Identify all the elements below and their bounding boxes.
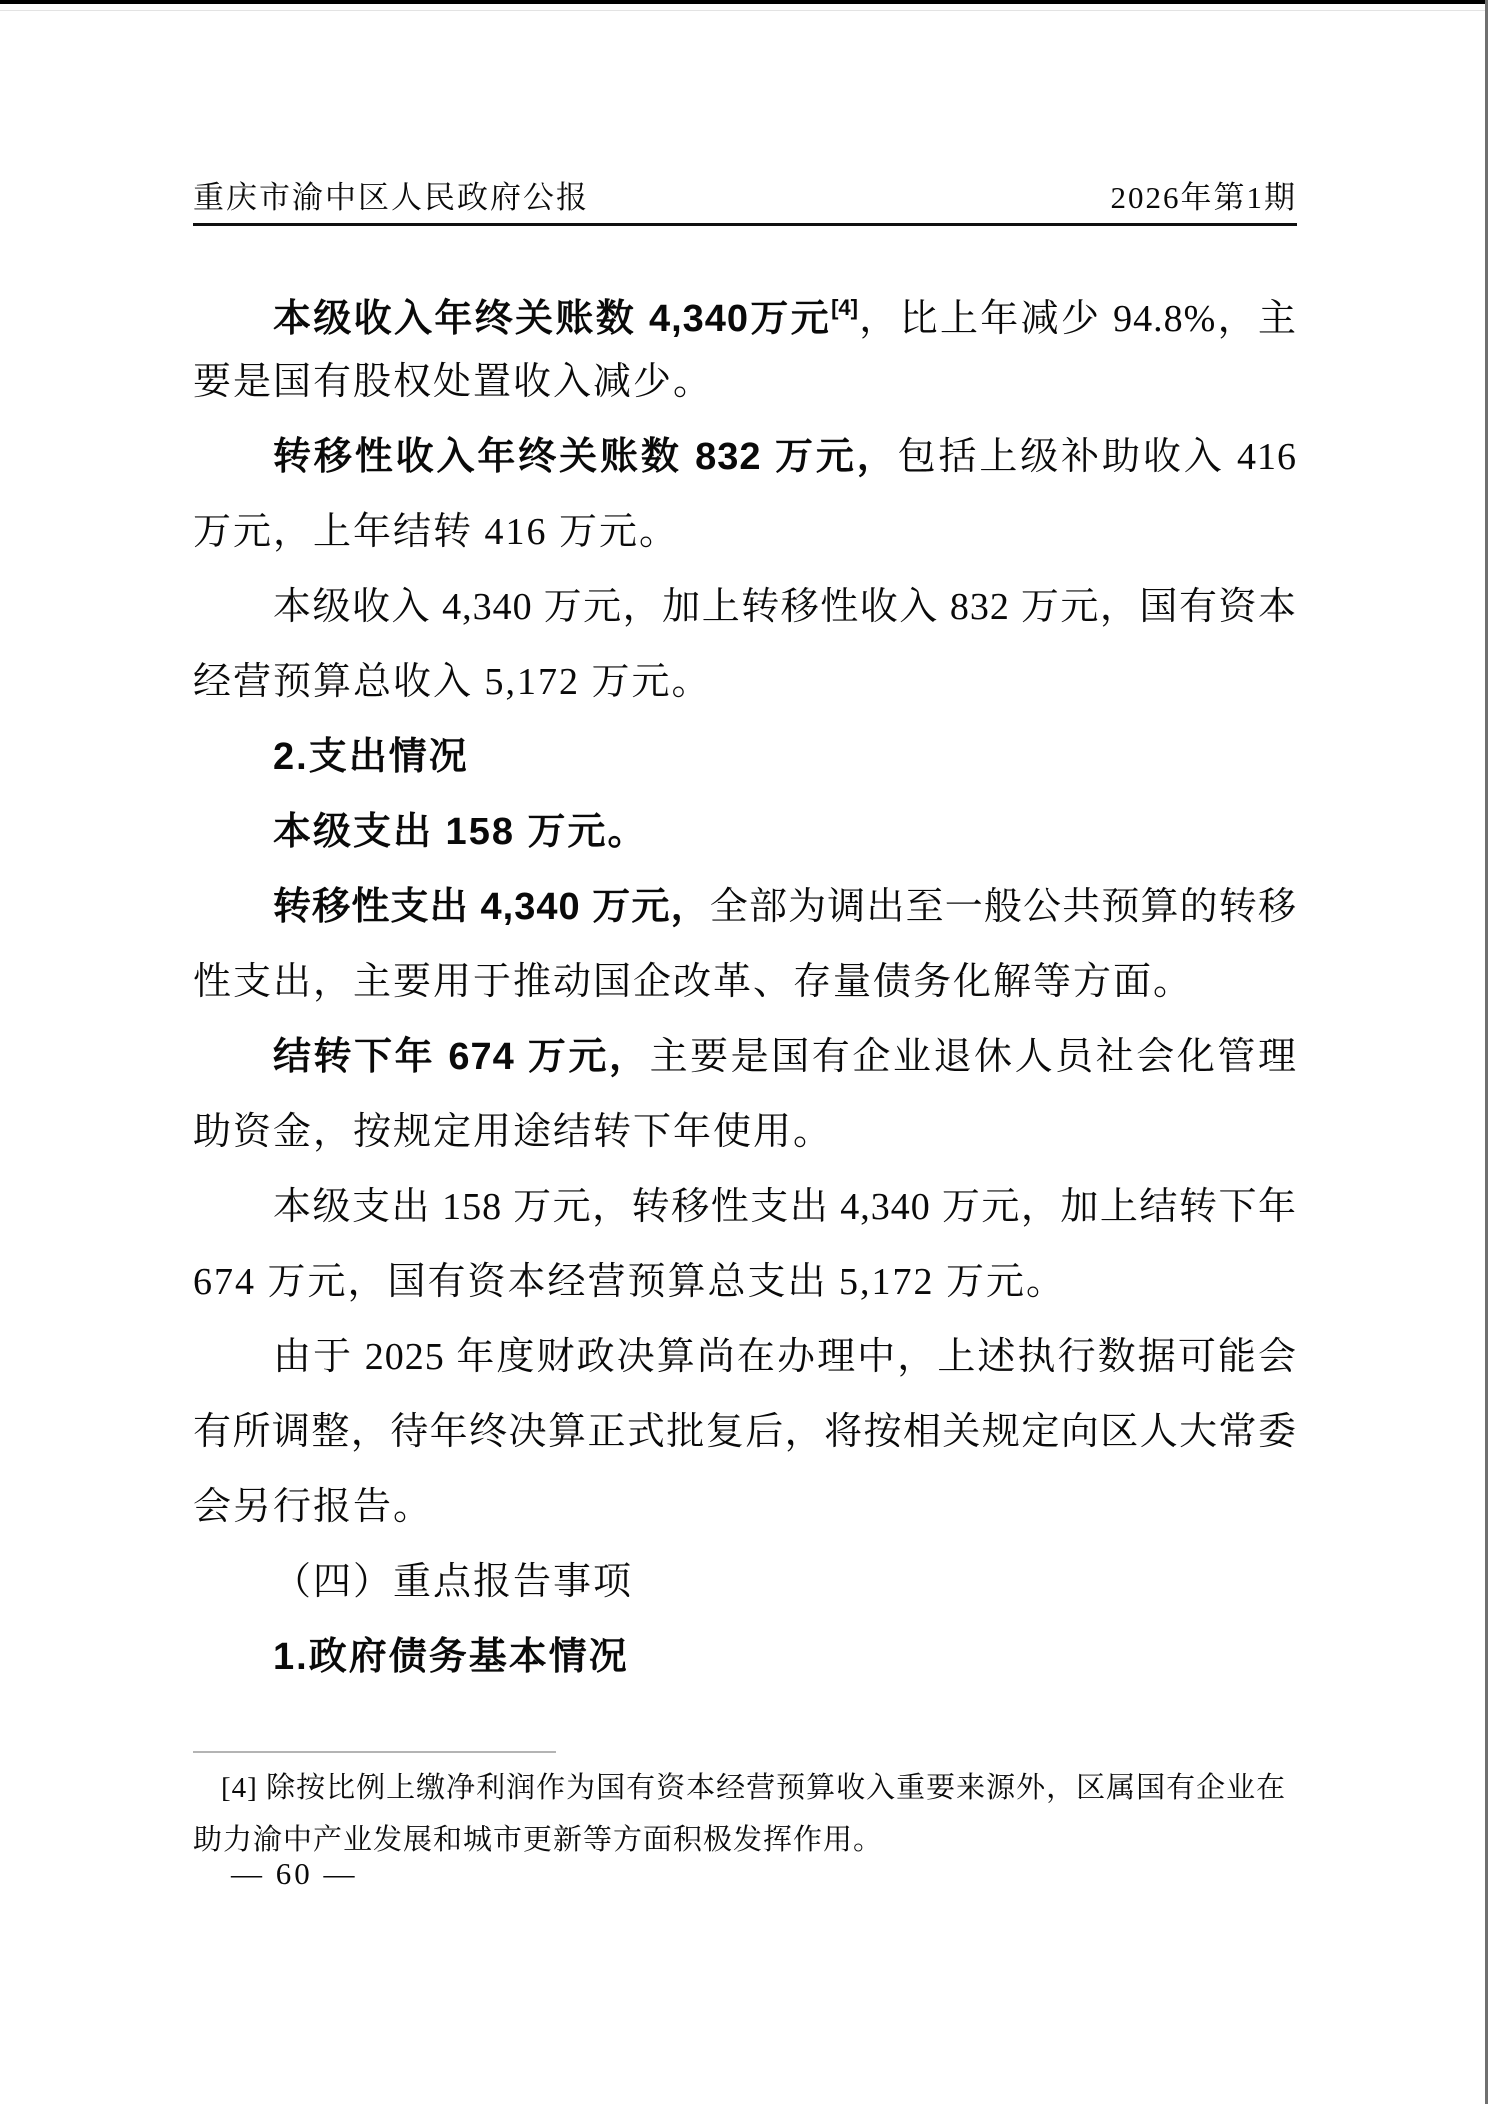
text-run: 包括上级补助收入 416: [898, 436, 1297, 478]
text-run: 万元，上年结转 416 万元。: [193, 511, 679, 553]
body-line: 转移性支出 4,340 万元，全部为调出至一般公共预算的转移: [193, 870, 1297, 945]
text-run: 本级支出 158 万元。: [273, 811, 648, 853]
footnote-line: [4] 除按比例上缴净利润作为国有资本经营预算收入重要来源外，区属国有企业在: [193, 1762, 1323, 1814]
body-line: 有所调整，待年终决算正式批复后，将按相关规定向区人大常委: [193, 1395, 1297, 1470]
text-run: 结转下年 674 万元，: [273, 1036, 650, 1078]
footnote-reference: [4]: [831, 295, 858, 320]
text-run: 会另行报告。: [193, 1486, 433, 1528]
text-run: 674 万元，国有资本经营预算总支出 5,172 万元。: [193, 1261, 1066, 1303]
body-line: 助资金，按规定用途结转下年使用。: [193, 1095, 1297, 1170]
footnote-separator: [193, 1751, 556, 1753]
text-run: 转移性支出 4,340 万元，: [273, 886, 710, 928]
gazette-page: 重庆市渝中区人民政府公报 2026年第1期 本级收入年终关账数 4,340万元[…: [0, 0, 1488, 2104]
text-run: 由于 2025 年度财政决算尚在办理中，上述执行数据可能会: [273, 1336, 1297, 1378]
body-line: 结转下年 674 万元，主要是国有企业退休人员社会化管理补: [193, 1020, 1297, 1095]
text-run: 性支出，主要用于推动国企改革、存量债务化解等方面。: [193, 961, 1193, 1003]
body-line: 本级支出 158 万元。: [193, 795, 1297, 870]
text-run: 本级支出 158 万元，转移性支出 4,340 万元，加上结转下年: [273, 1186, 1297, 1228]
footnote-line: 助力渝中产业发展和城市更新等方面积极发挥作用。: [193, 1814, 1323, 1866]
body-line: 本级支出 158 万元，转移性支出 4,340 万元，加上结转下年: [193, 1170, 1297, 1245]
body-line: 万元，上年结转 416 万元。: [193, 495, 1297, 570]
text-run: 1.政府债务基本情况: [273, 1636, 629, 1678]
text-run: 本级收入年终关账数 4,340万元: [273, 298, 831, 340]
body-line: 会另行报告。: [193, 1470, 1297, 1545]
text-run: 助资金，按规定用途结转下年使用。: [193, 1111, 833, 1153]
body-line: 本级收入年终关账数 4,340万元[4]，比上年减少 94.8%，主: [193, 270, 1297, 345]
header-publication-title: 重庆市渝中区人民政府公报: [193, 178, 589, 218]
text-run: （四）重点报告事项: [273, 1561, 633, 1603]
text-run: ，比上年减少 94.8%，主: [858, 298, 1297, 340]
body-line: 要是国有股权处置收入减少。: [193, 345, 1297, 420]
body-line: 经营预算总收入 5,172 万元。: [193, 645, 1297, 720]
body-line: 1.政府债务基本情况: [193, 1620, 1297, 1695]
body-line: 本级收入 4,340 万元，加上转移性收入 832 万元，国有资本: [193, 570, 1297, 645]
body-line: 性支出，主要用于推动国企改革、存量债务化解等方面。: [193, 945, 1297, 1020]
body-line: （四）重点报告事项: [193, 1545, 1297, 1620]
body-line: 由于 2025 年度财政决算尚在办理中，上述执行数据可能会: [193, 1320, 1297, 1395]
text-run: 有所调整，待年终决算正式批复后，将按相关规定向区人大常委: [193, 1411, 1297, 1453]
text-run: 全部为调出至一般公共预算的转移: [710, 886, 1297, 928]
document-body: 本级收入年终关账数 4,340万元[4]，比上年减少 94.8%，主要是国有股权…: [193, 270, 1297, 1695]
text-run: 转移性收入年终关账数 832 万元，: [273, 436, 898, 478]
body-line: 转移性收入年终关账数 832 万元，包括上级补助收入 416: [193, 420, 1297, 495]
footnote: [4] 除按比例上缴净利润作为国有资本经营预算收入重要来源外，区属国有企业在助力…: [193, 1762, 1323, 1866]
page-number: — 60 —: [231, 1854, 358, 1894]
page-top-faint-line: [0, 10, 1488, 11]
page-header: 重庆市渝中区人民政府公报 2026年第1期: [193, 178, 1297, 218]
page-top-edge: [0, 0, 1488, 4]
text-run: 本级收入 4,340 万元，加上转移性收入 832 万元，国有资本: [273, 586, 1297, 628]
text-run: 要是国有股权处置收入减少。: [193, 361, 713, 403]
text-run: 经营预算总收入 5,172 万元。: [193, 661, 712, 703]
body-line: 674 万元，国有资本经营预算总支出 5,172 万元。: [193, 1245, 1297, 1320]
text-run: 2.支出情况: [273, 736, 469, 778]
header-rule: [193, 223, 1297, 226]
header-issue-number: 2026年第1期: [1111, 178, 1298, 218]
body-line: 2.支出情况: [193, 720, 1297, 795]
